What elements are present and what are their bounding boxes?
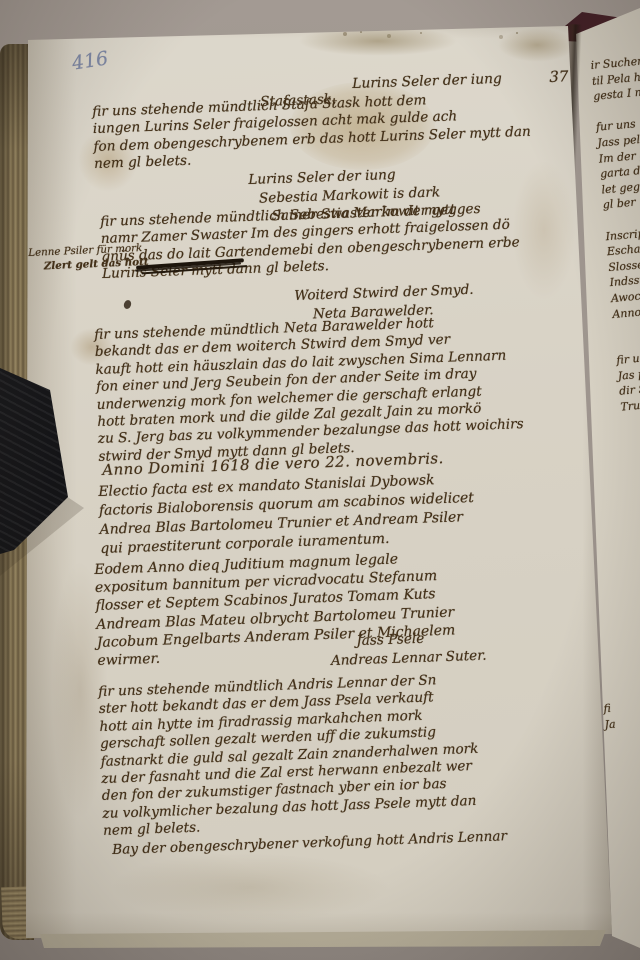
handwritten-line: Ja bbox=[604, 715, 640, 734]
dirt-stain-top-edge bbox=[298, 26, 458, 56]
latin-paragraph-election: Electio facta est ex mandato Stanislai D… bbox=[98, 470, 476, 559]
entry-paragraph-3: fir uns stehende mündtlich Neta Baraweld… bbox=[94, 312, 525, 466]
party-names-3: Jass PseleAndreas Lennar Suter. bbox=[330, 628, 487, 670]
verso-page: 416 37 Lurins Seler der iung Stafastask,… bbox=[0, 0, 640, 960]
right-edge-smudge bbox=[512, 160, 576, 300]
recto-handwriting-fragments-lower: fiJa bbox=[603, 699, 640, 734]
dirt-speckles bbox=[330, 30, 332, 32]
entry-paragraph-2: fir uns stehende mündtlich Sebestia Mark… bbox=[100, 199, 521, 283]
margin-note: Lenne Psiler für morkZlert gelt das hott bbox=[28, 242, 149, 274]
bottom-smudge bbox=[110, 852, 390, 922]
entry-paragraph-4: fir uns stehende mündtlich Andris Lennar… bbox=[98, 671, 481, 841]
dirt-stain-top-right bbox=[498, 28, 576, 62]
folio-number-ink: 37 bbox=[549, 67, 569, 86]
manuscript-photo: ir Suchertil Pela hgesta I m fur unsJass… bbox=[0, 0, 640, 960]
